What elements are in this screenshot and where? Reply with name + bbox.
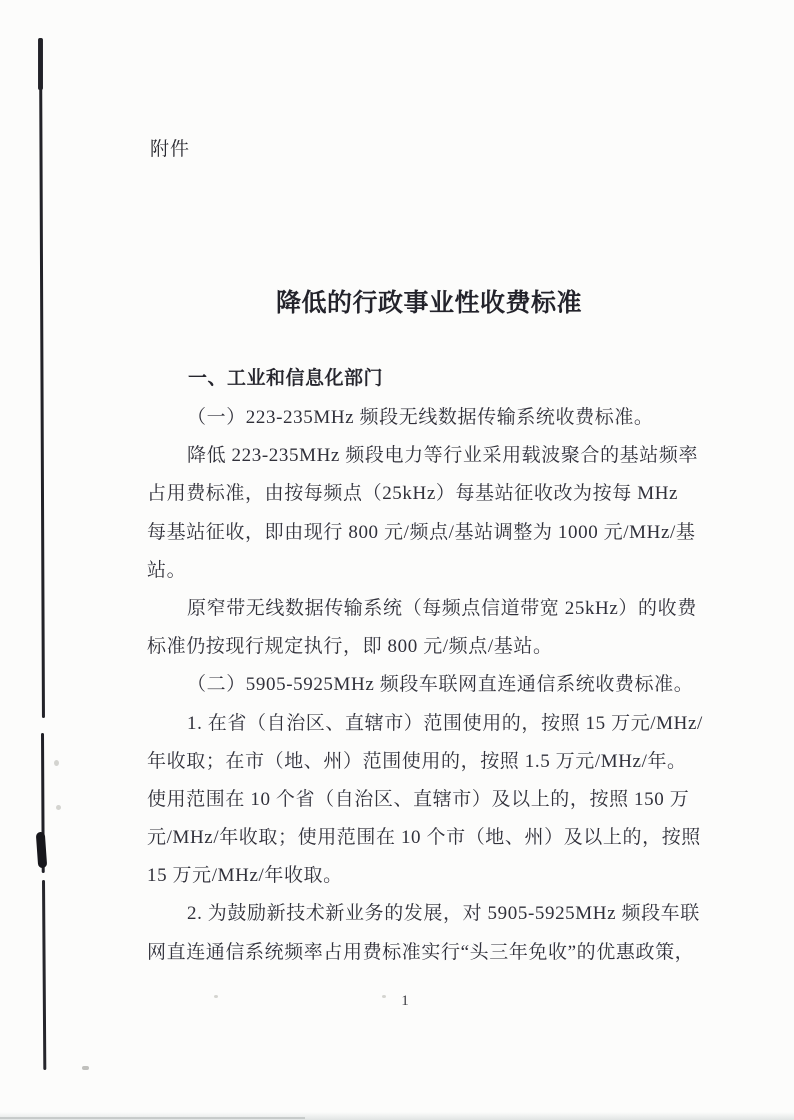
scan-artifact-line-top (39, 38, 45, 718)
body-line: 原窄带无线数据传输系统（每频点信道带宽 25kHz）的收费 (147, 590, 683, 628)
body-line: 标准仍按现行规定执行，即 800 元/频点/基站。 (147, 628, 683, 666)
attachment-label: 附件 (150, 134, 190, 161)
body-line: 降低 223-235MHz 频段电力等行业采用载波聚合的基站频率 (147, 437, 683, 475)
section-heading: 一、工业和信息化部门 (188, 363, 383, 390)
body-line: 每基站征收，即由现行 800 元/频点/基站调整为 1000 元/MHz/基 (147, 514, 683, 552)
scan-speck (54, 760, 59, 766)
body-line: 15 万元/MHz/年收取。 (147, 857, 683, 895)
body-line: 网直连通信系统频率占用费标准实行“头三年免收”的优惠政策， (147, 934, 683, 972)
scan-artifact-line-bottom (42, 880, 46, 1070)
body-line: 1. 在省（自治区、直辖市）范围使用的，按照 15 万元/MHz/ (147, 705, 683, 743)
body-line: 使用范围在 10 个省（自治区、直辖市）及以上的，按照 150 万 (147, 781, 683, 819)
body-line: 年收取；在市（地、州）范围使用的，按照 1.5 万元/MHz/年。 (147, 743, 683, 781)
scan-edge-shadow (0, 1112, 794, 1120)
body-line: 元/MHz/年收取；使用范围在 10 个市（地、州）及以上的，按照 (147, 819, 683, 857)
body-line: 站。 (147, 552, 683, 590)
page-number: 1 (8, 993, 794, 1010)
body-line: （一）223-235MHz 频段无线数据传输系统收费标准。 (147, 399, 683, 437)
scan-speck (56, 805, 61, 810)
scan-artifact-line-smudge (82, 1066, 89, 1070)
document-body: （一）223-235MHz 频段无线数据传输系统收费标准。 降低 223-235… (147, 399, 683, 972)
scan-artifact-ink-blob (36, 832, 47, 869)
body-line: （二）5905-5925MHz 频段车联网直连通信系统收费标准。 (147, 666, 683, 704)
body-line: 2. 为鼓励新技术新业务的发展，对 5905-5925MHz 频段车联 (147, 895, 683, 933)
document-title: 降低的行政事业性收费标准 (161, 283, 697, 319)
scanned-document-page: 附件 降低的行政事业性收费标准 一、工业和信息化部门 （一）223-235MHz… (0, 0, 794, 1120)
body-line: 占用费标准，由按每频点（25kHz）每基站征收改为按每 MHz (147, 475, 683, 513)
